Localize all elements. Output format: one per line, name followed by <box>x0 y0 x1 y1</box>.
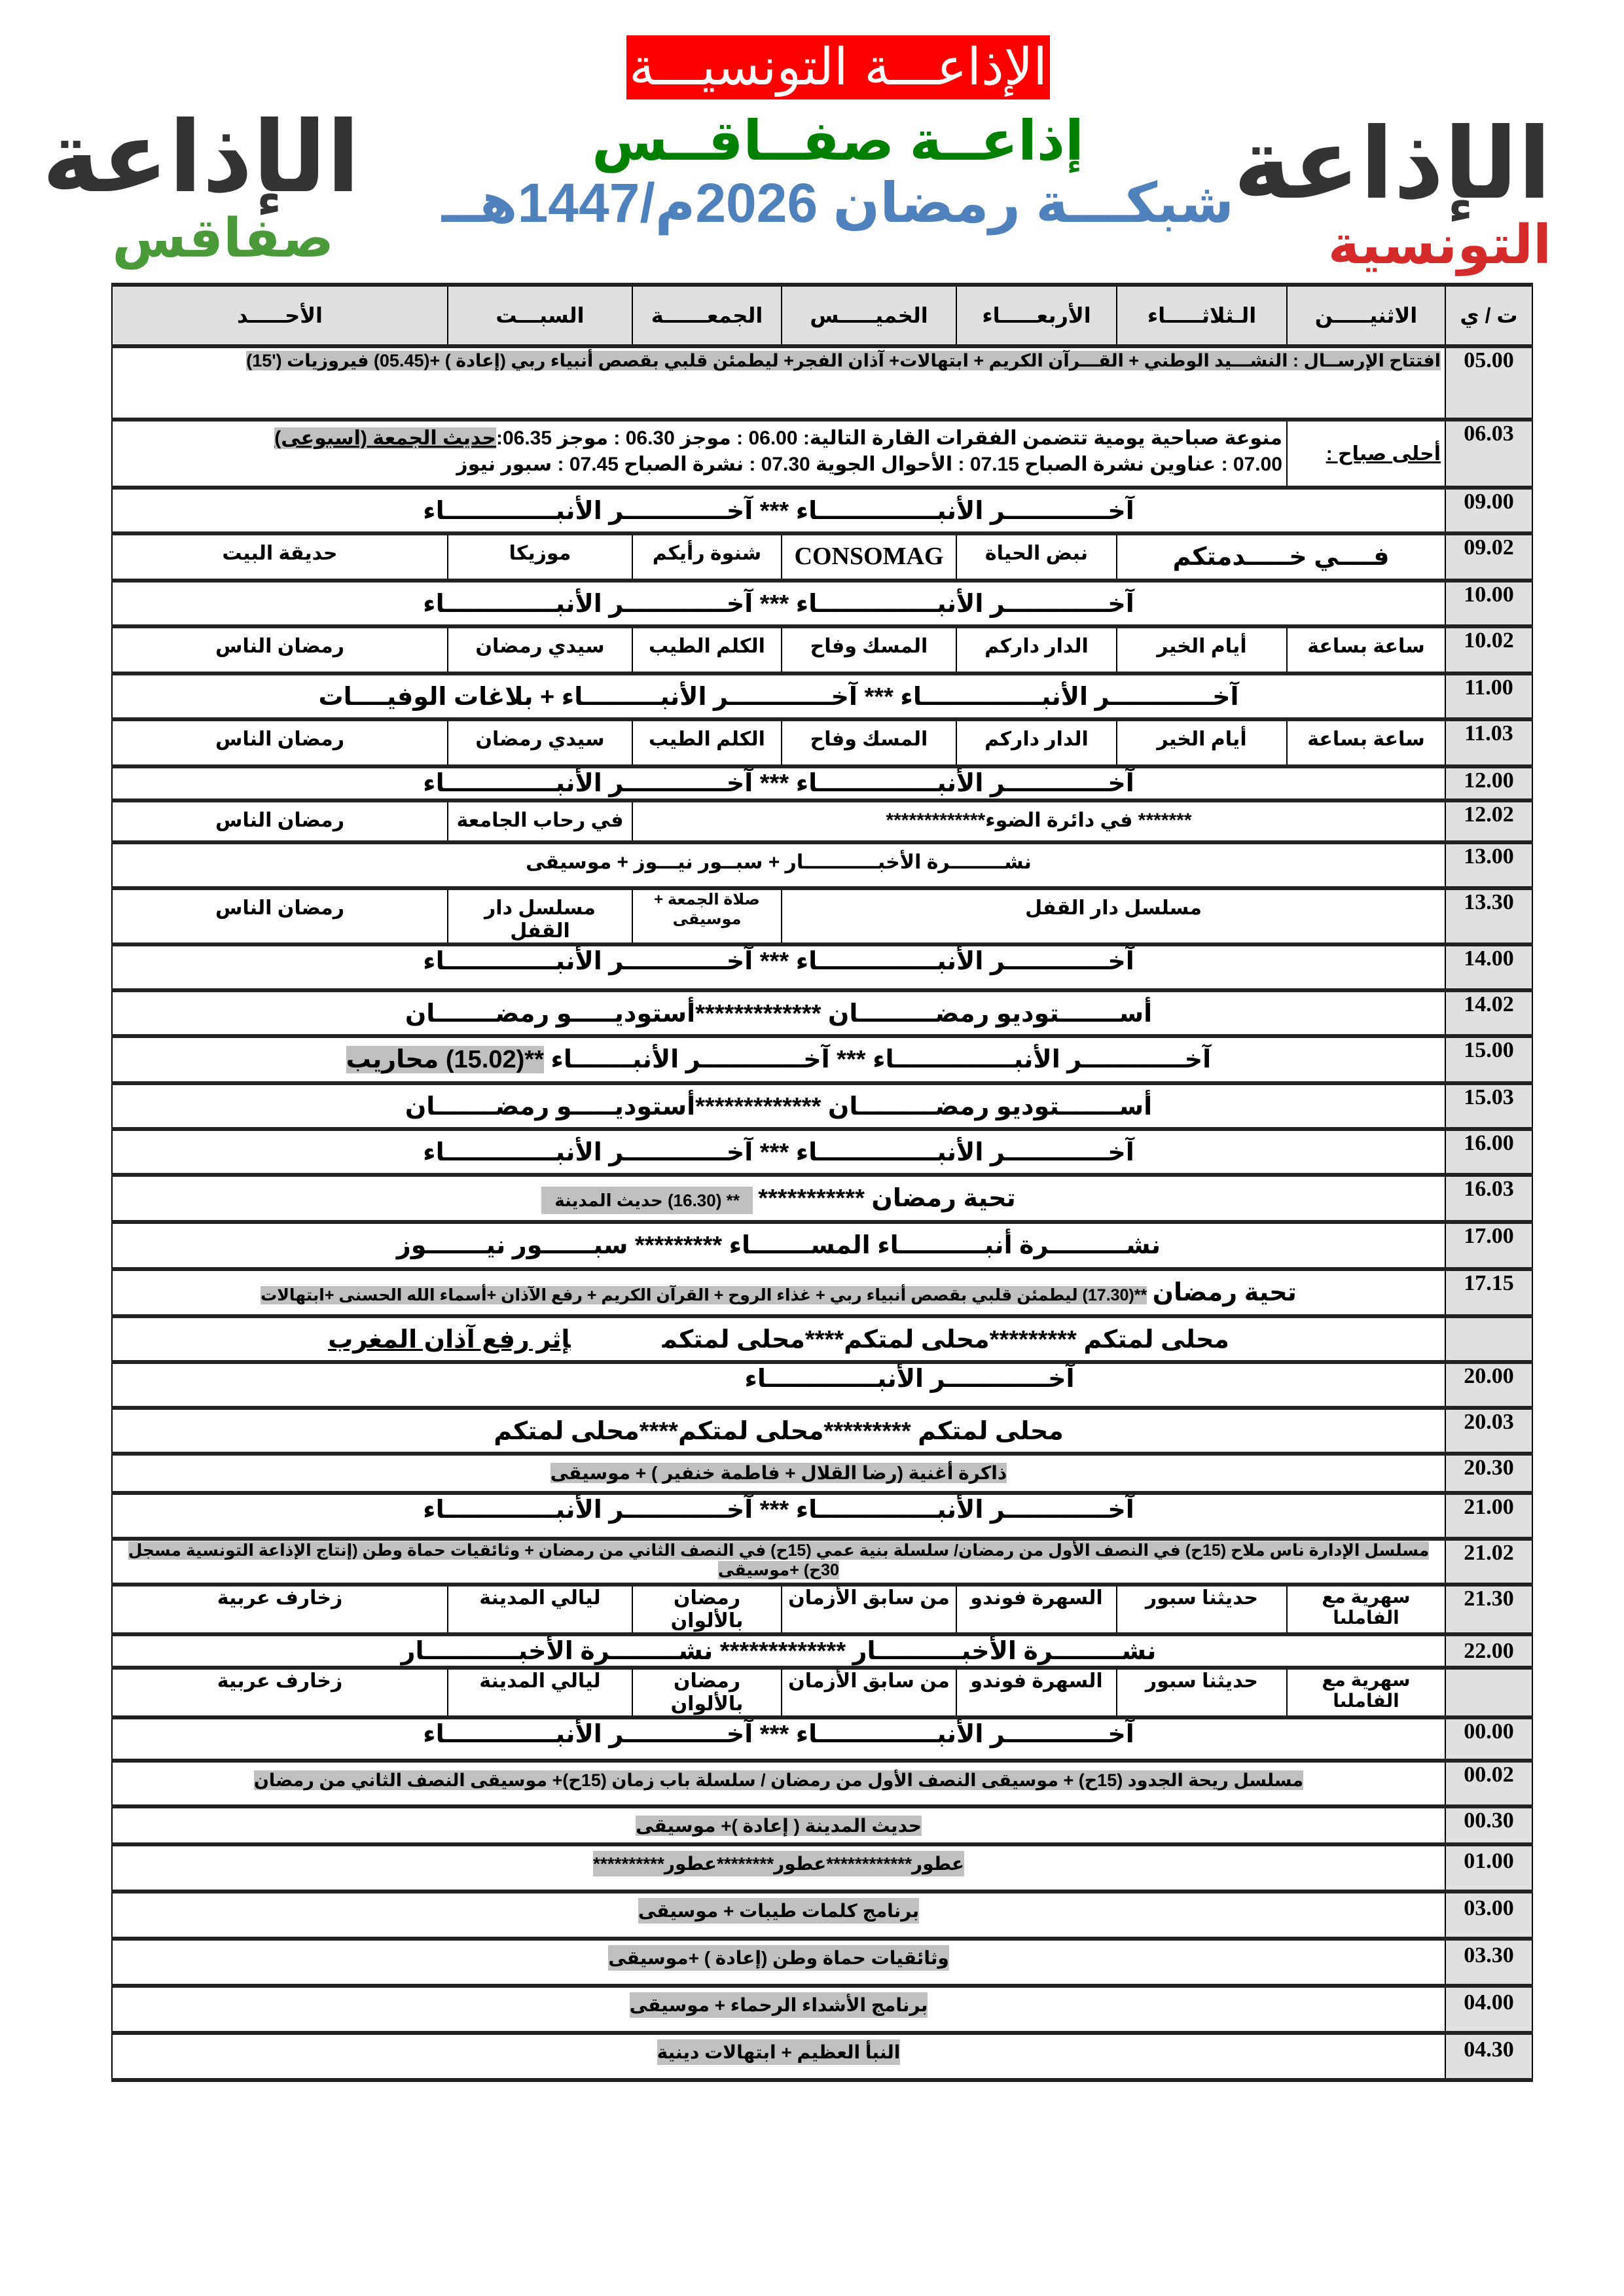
program-cell: الكلم الطيب <box>632 626 782 673</box>
program-highlight: **(15.02) محاريب <box>346 1046 544 1073</box>
program-cell: ******* في دائرة الضوء************* <box>632 800 1445 842</box>
table-row: 03.00 برنامج كلمات طيبات + موسيقى <box>112 1892 1532 1939</box>
program-cell: وثائقيات حماة وطن (إعادة ) +موسيقى <box>112 1939 1445 1986</box>
table-row: 10.00 آخــــــــــــر الأنبـــــــــــــ… <box>112 581 1532 626</box>
col-saturday: السبـــت <box>448 285 632 346</box>
top-banner: الإذاعـــة التونسيـــة <box>626 35 1050 99</box>
logo-main-text: الإذاعة <box>72 105 360 209</box>
table-row: 04.30 النبأ العظيم + ابتهالات دينية <box>112 2033 1532 2080</box>
program-cell: آخــــــــــــر الأنبــــــــــــــاء **… <box>112 1717 1445 1761</box>
program-cell: محلى لمتكم *********محلى لمتكم****محلى ل… <box>112 1408 1445 1454</box>
table-row: 16.00 آخــــــــــــر الأنبـــــــــــــ… <box>112 1129 1532 1175</box>
program-cell: زخارف عربية <box>112 1585 448 1634</box>
program-cell: حديثنا سبور <box>1117 1668 1287 1717</box>
program-cell: تحية رمضان *********** ** (16.30) حديث ا… <box>112 1175 1445 1222</box>
time-cell: 13.00 <box>1445 842 1532 888</box>
program-text: آخــــــــــــر الأنبـــــــــــــاء <box>744 1365 1074 1393</box>
time-cell: 20.30 <box>1445 1454 1532 1493</box>
program-cell: برنامج كلمات طيبات + موسيقى <box>112 1892 1445 1939</box>
program-cell: آخــــــــــــر الأنبــــــــــــــاء **… <box>112 673 1445 719</box>
program-cell: نشــــــــرة الأخبــــــــــار *********… <box>112 1634 1445 1668</box>
program-cell: عطور************عطور********عطور********… <box>112 1844 1445 1892</box>
program-cell: المسك وفاح <box>782 719 956 766</box>
time-cell: 13.30 <box>1445 888 1532 944</box>
col-monday: الاثنيـــــن <box>1287 285 1445 346</box>
program-highlight: مسلسل الإدارة ناس ملاح (15ح) في النصف ال… <box>128 1541 1430 1579</box>
program-highlight: حديث الجمعة (اسبوعى) <box>274 427 496 449</box>
table-row: 20.30 ذاكرة أغنية (رضا القلال + فاطمة خن… <box>112 1454 1532 1493</box>
col-wednesday: الأربعـــــاء <box>956 285 1117 346</box>
program-cell: افتتاح الإرســال : النشـــيد الوطني + ال… <box>112 346 1445 420</box>
program-cell: فــــي خـــــدمتكم <box>1117 533 1445 581</box>
program-cell: نبض الحياة <box>956 533 1117 581</box>
table-row: 21.00 آخــــــــــــر الأنبـــــــــــــ… <box>112 1493 1532 1539</box>
program-cell: سهرية مع الفاملىا <box>1287 1585 1445 1634</box>
table-row: 06.03 أحلى صباح : منوعة صباحية يومية تتض… <box>112 420 1532 488</box>
table-row: 05.00 افتتاح الإرســال : النشـــيد الوطن… <box>112 346 1532 420</box>
program-cell: ساعة بساعة <box>1287 719 1445 766</box>
time-cell <box>1445 1668 1532 1717</box>
time-cell: 00.00 <box>1445 1717 1532 1761</box>
program-cell: برنامج الأشداء الرحماء + موسيقى <box>112 1986 1445 2033</box>
program-note: إثر رفع آذان المغرب <box>328 1326 571 1354</box>
time-cell: 00.30 <box>1445 1806 1532 1844</box>
program-cell: حديثنا سبور <box>1117 1585 1287 1634</box>
time-cell: 12.00 <box>1445 766 1532 800</box>
program-cell: آخــــــــــــر الأنبــــــــــــــاء **… <box>112 581 1445 626</box>
schedule-table: ت / ي الاثنيـــــن الـثلاثـــــاء الأربع… <box>111 283 1533 2082</box>
program-cell: شنوة رأيكم <box>632 533 782 581</box>
program-cell: الدار داركم <box>956 719 1117 766</box>
program-cell: ليالي المدينة <box>448 1585 632 1634</box>
program-cell: آخــــــــــــر الأنبــــــــــــــاء **… <box>112 1129 1445 1175</box>
program-cell: حديث المدينة ( إعادة )+ موسيقى <box>112 1806 1445 1844</box>
program-cell: مسلسل ريحة الجدود (15ح) + موسيقى النصف ا… <box>112 1761 1445 1806</box>
time-cell: 10.02 <box>1445 626 1532 673</box>
program-highlight: حديث المدينة ( إعادة )+ موسيقى <box>636 1816 922 1836</box>
program-cell: نشـــــــــرة أنبــــــــــاء المســــــ… <box>112 1222 1445 1269</box>
program-highlight: النبأ العظيم + ابتهالات دينية <box>657 2039 901 2065</box>
program-cell: آخــــــــــــر الأنبــــــــــــــاء **… <box>112 488 1445 533</box>
table-row: محلى لمتكم *********محلى لمتكم****محلى ل… <box>112 1316 1532 1362</box>
program-text: افتتاح الإرســال : النشـــيد الوطني + ال… <box>246 351 1441 370</box>
program-cell: السهرة فوندو <box>956 1668 1117 1717</box>
program-cell: حديقة البيت <box>112 533 448 581</box>
table-row: 14.00 آخــــــــــــر الأنبـــــــــــــ… <box>112 944 1532 990</box>
time-cell: 11.03 <box>1445 719 1532 766</box>
program-highlight: **(17.30) ليطمئن قلبي بقصص أنبياء ربي + … <box>261 1286 1147 1304</box>
program-highlight: عطور************عطور********عطور********… <box>593 1851 964 1876</box>
program-cell: الدار داركم <box>956 626 1117 673</box>
program-cell: أســـــــتوديو رمضـــــــــان **********… <box>112 990 1445 1036</box>
program-text: 07.00 : عناوين نشرة الصباح 07.15 : الأحو… <box>117 452 1282 478</box>
table-row: 00.00 آخــــــــــــر الأنبـــــــــــــ… <box>112 1717 1532 1761</box>
table-row: 09.00 آخــــــــــــر الأنبـــــــــــــ… <box>112 488 1532 533</box>
table-row: 04.00 برنامج الأشداء الرحماء + موسيقى <box>112 1986 1532 2033</box>
time-cell: 04.00 <box>1445 1986 1532 2033</box>
table-row: 16.03 تحية رمضان *********** ** (16.30) … <box>112 1175 1532 1222</box>
program-cell: السهرة فوندو <box>956 1585 1117 1634</box>
program-cell: رمضان الناس <box>112 626 448 673</box>
time-cell: 14.02 <box>1445 990 1532 1036</box>
program-cell: الكلم الطيب <box>632 719 782 766</box>
program-cell: سهرية مع الفاملىا <box>1287 1668 1445 1717</box>
program-cell: رمضان الناس <box>112 800 448 842</box>
program-text: تحية رمضان <box>1153 1279 1297 1306</box>
program-cell: آخــــــــــــر الأنبـــــــــــــاء <box>112 1362 1445 1408</box>
program-cell: ساعة بساعة <box>1287 626 1445 673</box>
program-cell: موزيكا <box>448 533 632 581</box>
program-label: أحلى صباح : <box>1326 443 1441 465</box>
program-cell: النبأ العظيم + ابتهالات دينية <box>112 2033 1445 2080</box>
program-cell: آخــــــــــــر الأنبــــــــــــــاء **… <box>112 1036 1445 1083</box>
program-cell: ذاكرة أغنية (رضا القلال + فاطمة خنفير ) … <box>112 1454 1445 1493</box>
time-cell: 01.00 <box>1445 1844 1532 1892</box>
program-text: محلى لمتكم *********محلى لمتكم****محلى ل… <box>662 1326 1229 1354</box>
program-cell: CONSOMAG <box>782 533 956 581</box>
program-cell: صلاة الجمعة + موسيقى <box>632 888 782 944</box>
time-cell: 04.30 <box>1445 2033 1532 2080</box>
program-cell: سيدي رمضان <box>448 626 632 673</box>
col-tuesday: الـثلاثـــــاء <box>1117 285 1287 346</box>
program-cell: تحية رمضان **(17.30) ليطمئن قلبي بقصص أن… <box>112 1269 1445 1316</box>
logo-sfax-radio: الإذاعة صفاقس <box>72 105 360 268</box>
program-cell: ليالي المدينة <box>448 1668 632 1717</box>
program-text: تحية رمضان *********** <box>758 1185 1016 1212</box>
table-row: 21.30 سهرية مع الفاملىا حديثنا سبور السه… <box>112 1585 1532 1634</box>
col-thursday: الخميـــــس <box>782 285 956 346</box>
logo-main-text: الإذاعة <box>1263 111 1551 216</box>
time-cell: 15.03 <box>1445 1083 1532 1129</box>
table-row: 11.00 آخــــــــــــر الأنبـــــــــــــ… <box>112 673 1532 719</box>
program-cell: سيدي رمضان <box>448 719 632 766</box>
table-row: 15.03 أســـــــتوديو رمضـــــــــان ****… <box>112 1083 1532 1129</box>
program-cell: منوعة صباحية يومية تتضمن الفقرات القارة … <box>112 420 1287 488</box>
program-highlight: وثائقيات حماة وطن (إعادة ) +موسيقى <box>608 1945 949 1971</box>
table-row: 21.02 مسلسل الإدارة ناس ملاح (15ح) في ال… <box>112 1539 1532 1585</box>
program-cell: آخــــــــــــر الأنبــــــــــــــاء **… <box>112 1493 1445 1539</box>
program-highlight: مسلسل ريحة الجدود (15ح) + موسيقى النصف ا… <box>254 1770 1303 1790</box>
time-cell <box>1445 1316 1532 1362</box>
program-cell: رمضان الناس <box>112 719 448 766</box>
time-cell: 03.00 <box>1445 1892 1532 1939</box>
program-cell: في رحاب الجامعة <box>448 800 632 842</box>
time-cell: 06.03 <box>1445 420 1532 488</box>
time-cell: 16.00 <box>1445 1129 1532 1175</box>
program-cell: أيام الخير <box>1117 719 1287 766</box>
table-row: 03.30 وثائقيات حماة وطن (إعادة ) +موسيقى <box>112 1939 1532 1986</box>
program-cell: مسلسل الإدارة ناس ملاح (15ح) في النصف ال… <box>112 1539 1445 1585</box>
time-cell: 17.00 <box>1445 1222 1532 1269</box>
time-cell: 17.15 <box>1445 1269 1532 1316</box>
program-cell: مسلسل دار القفل <box>782 888 1445 944</box>
program-cell: مسلسل دار القفل <box>448 888 632 944</box>
program-text: آخــــــــــــر الأنبــــــــــــــاء **… <box>550 1046 1211 1073</box>
program-highlight: برنامج الأشداء الرحماء + موسيقى <box>630 1992 928 2018</box>
table-row: 09.02 فــــي خـــــدمتكم نبض الحياة CONS… <box>112 533 1532 581</box>
col-sunday: الأحـــــد <box>112 285 448 346</box>
time-cell: 05.00 <box>1445 346 1532 420</box>
time-cell: 16.03 <box>1445 1175 1532 1222</box>
time-cell: 21.02 <box>1445 1539 1532 1585</box>
logo-sub-text: صفاقس <box>72 209 334 268</box>
time-cell: 00.02 <box>1445 1761 1532 1806</box>
header-row: ت / ي الاثنيـــــن الـثلاثـــــاء الأربع… <box>112 285 1532 346</box>
table-row: سهرية مع الفاملىا حديثنا سبور السهرة فون… <box>112 1668 1532 1717</box>
program-cell: أســـــــتوديو رمضـــــــــان **********… <box>112 1083 1445 1129</box>
time-cell: 15.00 <box>1445 1036 1532 1083</box>
table-row: 17.15 تحية رمضان **(17.30) ليطمئن قلبي ب… <box>112 1269 1532 1316</box>
time-cell: 09.00 <box>1445 488 1532 533</box>
table-row: 12.00 آخــــــــــــر الأنبـــــــــــــ… <box>112 766 1532 800</box>
program-cell: المسك وفاح <box>782 626 956 673</box>
col-time: ت / ي <box>1445 285 1532 346</box>
table-row: 17.00 نشـــــــــرة أنبــــــــــاء المس… <box>112 1222 1532 1269</box>
program-highlight: برنامج كلمات طيبات + موسيقى <box>638 1898 919 1924</box>
table-row: 12.02 ******* في دائرة الضوء************… <box>112 800 1532 842</box>
time-cell: 14.00 <box>1445 944 1532 990</box>
schedule-title: شبكـــة رمضان 2026م/1447هــ <box>425 167 1250 239</box>
logo-tunisian-radio: الإذاعة التونسية <box>1263 111 1551 275</box>
program-cell: أيام الخير <box>1117 626 1287 673</box>
program-cell: آخــــــــــــر الأنبــــــــــــــاء **… <box>112 944 1445 990</box>
program-cell: رمضان بالألوان <box>632 1668 782 1717</box>
program-cell: من سابق الأزمان <box>782 1668 956 1717</box>
time-cell: 20.00 <box>1445 1362 1532 1408</box>
program-cell: آخــــــــــــر الأنبــــــــــــــاء **… <box>112 766 1445 800</box>
table-row: 01.00 عطور************عطور********عطور**… <box>112 1844 1532 1892</box>
time-cell: 12.02 <box>1445 800 1532 842</box>
table-row: 13.00 نشــــــــرة الأخبـــــــــــار + … <box>112 842 1532 888</box>
program-highlight: ذاكرة أغنية (رضا القلال + فاطمة خنفير ) … <box>550 1463 1007 1483</box>
table-row: 20.03 محلى لمتكم *********محلى لمتكم****… <box>112 1408 1532 1454</box>
table-row: 20.00 آخــــــــــــر الأنبـــــــــــــ… <box>112 1362 1532 1408</box>
time-cell: 21.30 <box>1445 1585 1532 1634</box>
time-cell: 11.00 <box>1445 673 1532 719</box>
table-row: 13.30 مسلسل دار القفل صلاة الجمعة + موسي… <box>112 888 1532 944</box>
program-cell: محلى لمتكم *********محلى لمتكم****محلى ل… <box>112 1316 1445 1362</box>
col-friday: الجمعــــــة <box>632 285 782 346</box>
table-row: 11.03 ساعة بساعة أيام الخير الدار داركم … <box>112 719 1532 766</box>
table-row: 10.02 ساعة بساعة أيام الخير الدار داركم … <box>112 626 1532 673</box>
table-row: 14.02 أســـــــتوديو رمضـــــــــان ****… <box>112 990 1532 1036</box>
program-text: منوعة صباحية يومية تتضمن الفقرات القارة … <box>496 427 1282 449</box>
time-cell: 03.30 <box>1445 1939 1532 1986</box>
program-cell: زخارف عربية <box>112 1668 448 1717</box>
program-cell: من سابق الأزمان <box>782 1585 956 1634</box>
time-cell: 22.00 <box>1445 1634 1532 1668</box>
time-cell: 20.03 <box>1445 1408 1532 1454</box>
program-cell: رمضان بالألوان <box>632 1585 782 1634</box>
program-cell: نشــــــــرة الأخبـــــــــــار + سبــور… <box>112 842 1445 888</box>
table-row: 15.00 آخــــــــــــر الأنبـــــــــــــ… <box>112 1036 1532 1083</box>
program-highlight: ** (16.30) حديث المدينة <box>541 1187 753 1214</box>
table-row: 00.02 مسلسل ريحة الجدود (15ح) + موسيقى ا… <box>112 1761 1532 1806</box>
table-row: 00.30 حديث المدينة ( إعادة )+ موسيقى <box>112 1806 1532 1844</box>
station-name: إذاعــة صفــاقــس <box>589 105 1087 177</box>
logo-sub-text: التونسية <box>1263 216 1551 275</box>
time-cell: 09.02 <box>1445 533 1532 581</box>
program-cell: رمضان الناس <box>112 888 448 944</box>
table-row: 22.00 نشــــــــرة الأخبــــــــــار ***… <box>112 1634 1532 1668</box>
program-cell: أحلى صباح : <box>1287 420 1445 488</box>
time-cell: 10.00 <box>1445 581 1532 626</box>
time-cell: 21.00 <box>1445 1493 1532 1539</box>
